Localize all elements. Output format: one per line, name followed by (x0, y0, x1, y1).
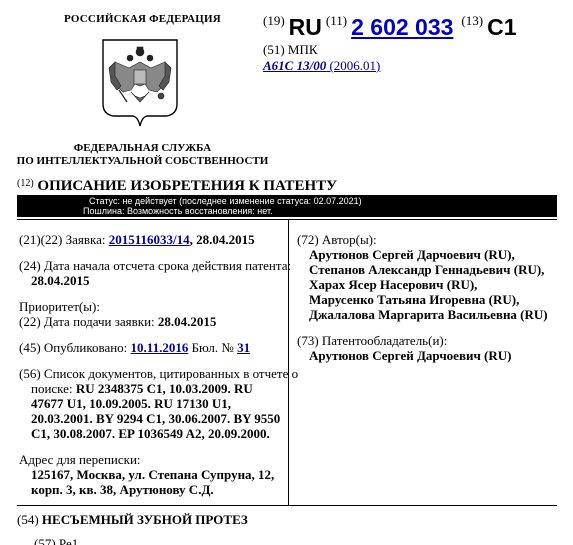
address-label: Адрес для переписки: (19, 452, 287, 467)
published-date-link[interactable]: 10.11.2016 (131, 340, 189, 355)
kind-code: C1 (487, 14, 516, 40)
country-code: RU (289, 14, 322, 40)
agency-name: ФЕДЕРАЛЬНАЯ СЛУЖБА ПО ИНТЕЛЛЕКТУАЛЬНОЙ С… (0, 142, 285, 168)
field-holders: (73) Патентообладатель(и): Арутюнов Серг… (297, 333, 567, 363)
author-item: Харах Ясер Насерович (RU), (297, 277, 567, 292)
invention-title-text: НЕСЪЕМНЫЙ ЗУБНОЙ ПРОТЕЗ (42, 512, 248, 527)
field-authors: (72) Автор(ы): Арутюнов Сергей Дарчоевич… (297, 232, 567, 322)
term-start-value: 28.04.2015 (19, 273, 287, 288)
patent-number-link[interactable]: 2 602 033 (351, 14, 453, 40)
bulletin-label: Бюл. № (188, 340, 237, 355)
status-bar: Статус: не действует (последнее изменени… (17, 195, 557, 217)
code-12: (12) (17, 178, 34, 189)
code-13: (13) (461, 13, 483, 28)
divider-bottom (17, 505, 557, 506)
code-54: (54) (17, 512, 42, 527)
russian-coat-of-arms-icon (101, 38, 179, 128)
citations-label-2: поиске: (31, 381, 76, 396)
field-term-start: (24) Дата начала отсчета срока действия … (19, 258, 287, 288)
authors-label: (72) Автор(ы): (297, 232, 567, 247)
ipc-version: (2006.01) (329, 58, 380, 73)
field-published: (45) Опубликовано: 10.11.2016 Бюл. № 31 (19, 340, 287, 355)
application-number-link[interactable]: 2015116033/14 (109, 232, 190, 247)
field-application: (21)(22) Заявка: 2015116033/14, 28.04.20… (19, 232, 287, 247)
abstract-start: (57) Ре1... (34, 536, 88, 545)
address-line: 125167, Москва, ул. Степана Супруна, 12, (19, 467, 287, 482)
citation-line: 47677 U1, 10.09.2005. RU 17130 U1, (19, 396, 287, 411)
citation-line: RU 2348375 C1, 10.03.2009. RU (76, 381, 253, 396)
code-19: (19) (263, 13, 285, 28)
ipc-version-link[interactable]: (2006.01) (326, 58, 380, 73)
agency-line-1: ФЕДЕРАЛЬНАЯ СЛУЖБА (0, 142, 285, 155)
holders-label: (73) Патентообладатель(и): (297, 333, 567, 348)
field-citations: (56) Список документов, цитированных в о… (19, 366, 287, 441)
country-name: РОССИЙСКАЯ ФЕДЕРАЦИЯ (0, 13, 285, 25)
agency-line-2: ПО ИНТЕЛЛЕКТУАЛЬНОЙ СОБСТВЕННОСТИ (0, 155, 285, 168)
citations-label-1: (56) Список документов, цитированных в о… (19, 366, 287, 381)
document-title: (12) ОПИСАНИЕ ИЗОБРЕТЕНИЯ К ПАТЕНТУ (17, 178, 337, 195)
published-label: (45) Опубликовано: (19, 340, 131, 355)
priority-label: Приоритет(ы): (19, 299, 287, 314)
bibliographic-right: (72) Автор(ы): Арутюнов Сергей Дарчоевич… (297, 232, 567, 363)
author-item: Марусенко Татьяна Игоревна (RU), (297, 292, 567, 307)
filing-value: 28.04.2015 (158, 314, 217, 329)
application-date: , 28.04.2015 (190, 232, 255, 247)
ipc-classification: A61C 13/00 (2006.01) (263, 58, 380, 74)
bibliographic-left: (21)(22) Заявка: 2015116033/14, 28.04.20… (19, 232, 287, 497)
author-item: Джалалова Маргарита Васильевна (RU) (297, 307, 567, 322)
fee-line: Пошлина: Возможность восстановления: нет… (83, 206, 273, 216)
status-line: Статус: не действует (последнее изменени… (89, 196, 362, 206)
code-11: (11) (326, 13, 347, 28)
ipc-code-link[interactable]: A61C 13/00 (263, 58, 326, 73)
author-item: Степанов Александр Геннадьевич (RU), (297, 262, 567, 277)
filing-label: (22) Дата подачи заявки: (19, 314, 158, 329)
citation-line: 20.03.2001. BY 9294 C1, 30.06.2007. BY 9… (19, 411, 287, 426)
mpk-label: (51) МПК (263, 42, 318, 58)
term-start-label: (24) Дата начала отсчета срока действия … (19, 258, 287, 273)
bulletin-number-link[interactable]: 31 (237, 340, 250, 355)
holder-item: Арутюнов Сергей Дарчоевич (RU) (297, 348, 567, 363)
field-priority: Приоритет(ы): (22) Дата подачи заявки: 2… (19, 299, 287, 329)
author-item: Арутюнов Сергей Дарчоевич (RU), (297, 247, 567, 262)
citation-line: C1, 30.08.2007. EP 1036549 A2, 20.09.200… (19, 426, 287, 441)
invention-title: (54) НЕСЪЕМНЫЙ ЗУБНОЙ ПРОТЕЗ (17, 512, 248, 528)
document-title-text: ОПИСАНИЕ ИЗОБРЕТЕНИЯ К ПАТЕНТУ (37, 178, 337, 194)
divider-top (17, 219, 557, 220)
application-label: (21)(22) Заявка: (19, 232, 109, 247)
patent-number-row: (19) RU (11) 2 602 033 (13) C1 (263, 14, 517, 41)
field-address: Адрес для переписки: 125167, Москва, ул.… (19, 452, 287, 497)
address-line: корп. 3, кв. 38, Арутюнову С.Д. (19, 482, 287, 497)
